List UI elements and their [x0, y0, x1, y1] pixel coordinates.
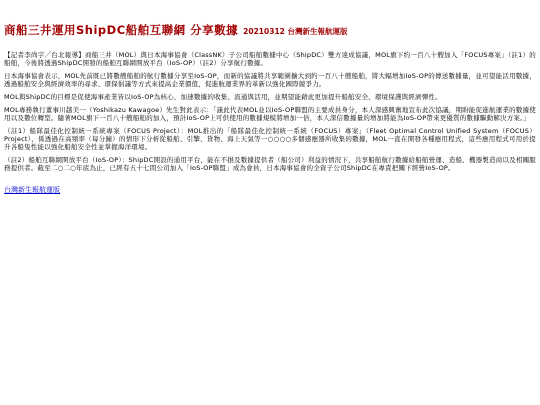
article-page: 商船三井運用ShipDC船舶互聯網 分享數據20210312 台灣新生報航運版 … [0, 0, 540, 405]
article-paragraph-note-2: （註2）船舶互聯網開放平台（IoS-OP）：ShipDC開設的通用平台，能在不損… [4, 156, 536, 172]
article-paragraph: 日本海事協會表示，MOL先前既已將數艘船舶的航行數據分享至IoS-OP，而新的協… [4, 72, 536, 88]
article-paragraph-lead: 【記者李尚宇／台北報導】商船三井（MOL）與日本海事協會（ClassNK）子公司… [4, 51, 536, 67]
page-title: 商船三井運用ShipDC船舶互聯網 分享數據20210312 台灣新生報航運版 [4, 4, 536, 42]
article-paragraph-note-1: （註1）船隊最佳化控制統一系統專案（FOCUS Project）：MOL推出的「… [4, 127, 536, 151]
article-body: 【記者李尚宇／台北報導】商船三井（MOL）與日本海事協會（ClassNK）子公司… [4, 51, 536, 172]
article-title-text: 商船三井運用ShipDC船舶互聯網 分享數據 [4, 23, 238, 37]
article-date-edition: 20210312 台灣新生報航運版 [243, 27, 347, 36]
source-edition-link[interactable]: 台灣新生報航運版 [4, 185, 60, 195]
article-paragraph-quote: MOL專務執行董事川越美一（Yoshikazu Kawagoe）先生對此表示：「… [4, 106, 536, 122]
article-paragraph: MOL與ShipDC的目標是促使海事產業皆以IoS-OP為核心，加速數據的收集、… [4, 93, 536, 101]
